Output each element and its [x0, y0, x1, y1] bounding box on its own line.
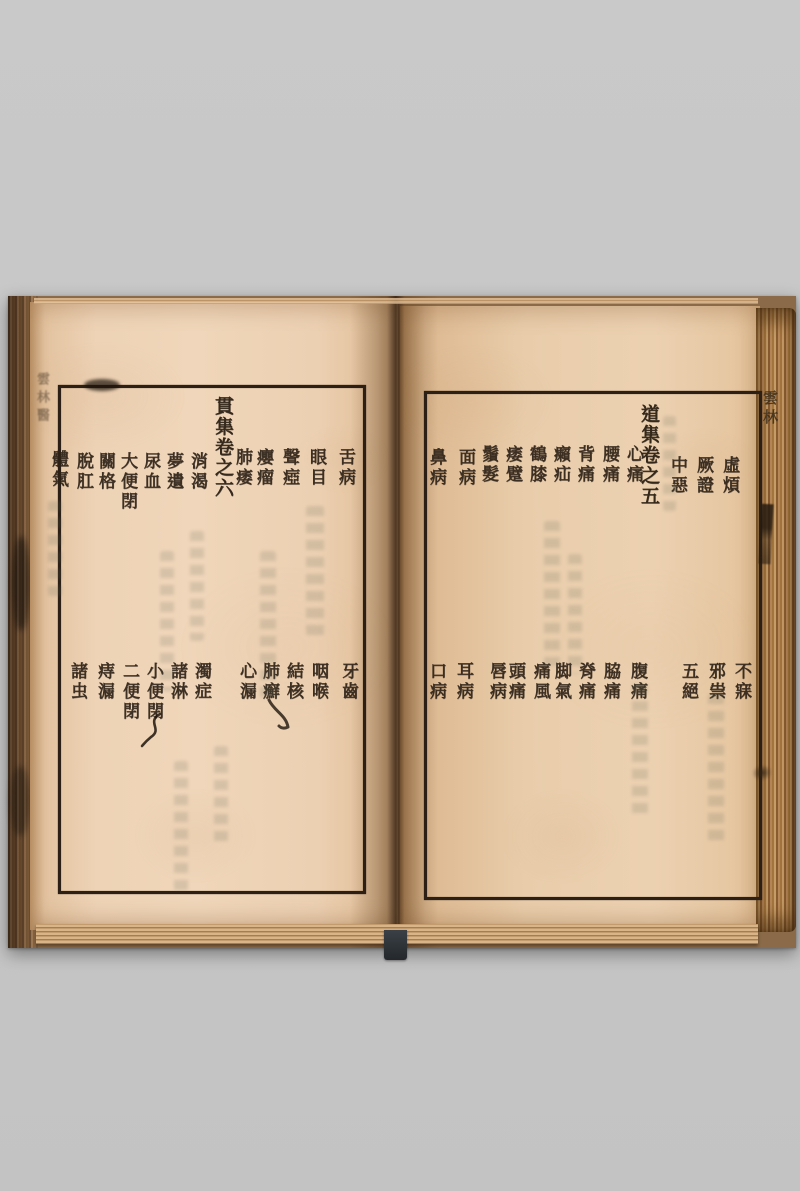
- toc-entry: 肺癬: [259, 662, 279, 702]
- toc-entry: 體氣: [48, 450, 68, 490]
- toc-entry: 舌病: [335, 448, 355, 488]
- toc-entry: 虛煩: [719, 456, 739, 496]
- spine-wear-mark: [12, 536, 30, 631]
- toc-entry: 中惡: [667, 456, 687, 496]
- toc-entry: 痿躄: [502, 445, 522, 485]
- toc-entry: 癩疝: [550, 445, 570, 485]
- toc-entry: 濁症: [191, 662, 211, 702]
- toc-entry: 聲瘂: [279, 448, 299, 488]
- toc-entry: 面病: [455, 448, 475, 488]
- book: 道集卷之五 貫集卷之六 虛煩厥證中惡心痛腰痛背痛癩疝鶴膝痿躄鬚髮面病鼻病不寐邪祟…: [8, 296, 796, 948]
- scanned-book-photo: 道集卷之五 貫集卷之六 虛煩厥證中惡心痛腰痛背痛癩疝鶴膝痿躄鬚髮面病鼻病不寐邪祟…: [0, 0, 800, 1191]
- toc-entry: 不寐: [731, 662, 751, 702]
- toc-entry: 肺痿: [232, 448, 252, 488]
- toc-entry: 鶴膝: [526, 445, 546, 485]
- toc-entry: 二便閉: [119, 662, 139, 722]
- toc-entry: 厥證: [693, 456, 713, 496]
- toc-entry: 諸淋: [167, 662, 187, 702]
- spine-title-label: 雲林醫: [32, 372, 51, 426]
- toc-entry: 痔漏: [94, 662, 114, 702]
- toc-entry: 大便閉: [117, 452, 137, 512]
- toc-entry: 心痛: [623, 445, 643, 485]
- toc-entry: 脊痛: [575, 662, 595, 702]
- binding-tab: [384, 930, 407, 960]
- toc-entry: 脇痛: [600, 662, 620, 702]
- toc-entry: 鬚髮: [478, 445, 498, 485]
- toc-entry: 邪祟: [705, 662, 725, 702]
- toc-entry: 背痛: [574, 445, 594, 485]
- toc-entry: 腰痛: [599, 445, 619, 485]
- toc-entry: 眼目: [306, 448, 326, 488]
- toc-entry: 夢遺: [163, 452, 183, 492]
- toc-entry: 唇病: [486, 662, 506, 702]
- toc-entry: 關格: [95, 452, 115, 492]
- toc-entry: 牙齒: [338, 662, 358, 702]
- toc-entry: 結核: [283, 662, 303, 702]
- toc-entry: 尿血: [140, 452, 160, 492]
- toc-entry: 鼻病: [426, 448, 446, 488]
- toc-entry: 口病: [426, 662, 446, 702]
- right-page-heading: 道集卷之五: [641, 404, 663, 507]
- spine-wear-mark: [10, 766, 30, 836]
- toc-entry: 耳病: [453, 662, 473, 702]
- toc-entry: 諸虫: [67, 662, 87, 702]
- toc-entry: 五絕: [678, 662, 698, 702]
- page-stack-top-edge: [34, 298, 758, 304]
- toc-entry: 頭痛: [505, 662, 525, 702]
- fore-edge-title-label: 雲林: [760, 390, 781, 428]
- toc-entry: 腹痛: [627, 662, 647, 702]
- toc-entry: 脚氣: [551, 662, 571, 702]
- toc-entry: 咽喉: [308, 662, 328, 702]
- toc-entry: 癭瘤: [253, 448, 273, 488]
- toc-entry: 心漏: [236, 662, 256, 702]
- toc-entry: 痛風: [530, 662, 550, 702]
- toc-entry: 脫肛: [73, 452, 93, 492]
- toc-entry: 消渴: [187, 452, 207, 492]
- toc-entry: 小便閉: [143, 662, 163, 722]
